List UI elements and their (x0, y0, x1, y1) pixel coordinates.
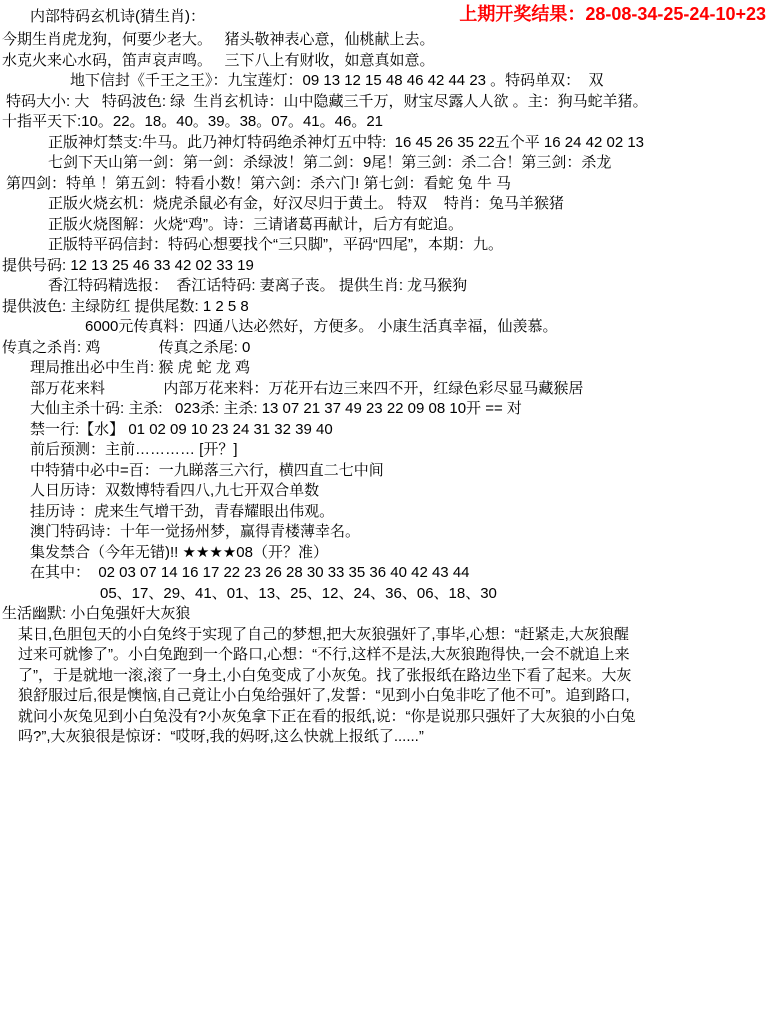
story-line: 过来可就惨了”。小白兔跑到一个路口,心想：“不行,这样不是法,大灰狼跑得快,一会… (18, 645, 761, 666)
text-line-seven-swords-1: 七剑下天山第一剑：第一剑：杀绿波！第二剑：9尾！第三剑：杀二合！第三剑：杀龙 (48, 153, 769, 174)
lottery-tip-sheet: 内部特码玄机诗(猜生肖)： 上期开奖结果：28-08-34-25-24-10+2… (0, 0, 769, 748)
story-line: 吗?”,大灰狼很是惊讶：“哎呀,我的妈呀,这么快就上报纸了......” (18, 727, 761, 748)
text-line-lamp-ban: 正版神灯禁支:牛马。此乃神灯特码绝杀神灯五中特: 16 45 26 35 22五… (48, 133, 769, 154)
text-line-fire-diagram: 正版火烧图解：火烧“鸡”。诗：三请诸葛再献计，后方有蛇追。 (48, 215, 769, 236)
text-line-numbers-offered: 提供号码: 12 13 25 46 33 42 02 33 19 (2, 256, 769, 277)
text-line-among-numbers-1: 在其中： 02 03 07 14 16 17 22 23 26 28 30 33… (30, 563, 769, 584)
text-line-bureau-zodiac: 理局推出必中生肖: 猴 虎 蛇 龙 鸡 (30, 358, 769, 379)
text-line-mid-special: 中特猜中必中=百：一九睇落三六行，横四直二七中间 (30, 461, 769, 482)
text-line-macau-poem: 澳门特码诗：十年一觉扬州梦，赢得青楼薄幸名。 (30, 522, 769, 543)
humor-title: 生活幽默: 小白兔强奸大灰狼 (2, 604, 769, 625)
text-line-envelope: 地下信封《千王之王》：九宝莲灯：09 13 12 15 48 46 42 44 … (70, 71, 769, 92)
text-line-fax-kill: 传真之杀肖: 鸡 传真之杀尾: 0 (2, 338, 769, 359)
text-line-ten-fingers: 十指平天下:10。22。18。40。39。38。07。41。46。21 (2, 112, 769, 133)
text-line-among-numbers-2: 05、17、29、41、01、13、25、12、24、36、06、18、30 (100, 584, 769, 605)
text-line-fax-material: 6000元传真料：四通八达必然好，方便多。 小康生活真幸福，仙羡慕。 (85, 317, 769, 338)
text-line-calendar-poem-1: 人日历诗：双数博特看四八,九七开双合单数 (30, 481, 769, 502)
text-line-jifa-ban: 集发禁合（今年无错)!! ★★★★08（开？准） (30, 543, 769, 564)
text-line-fire-mystery: 正版火烧玄机：烧虎杀鼠必有金，好汉尽归于黄土。 特双 特肖：兔马羊猴猪 (48, 194, 769, 215)
text-line-poem-2: 水克火来心水码，笛声哀声鸣。 三下八上有财收，如意真如意。 (2, 51, 769, 72)
text-line-daxian-kill: 大仙主杀十码: 主杀: 023杀: 主杀: 13 07 21 37 49 23 … (30, 399, 769, 420)
text-line-seven-swords-2: 第四剑：特单 ！第五剑：特看小数！第六剑：杀六门! 第七剑：看蛇 兔 牛 马 (6, 174, 769, 195)
text-line-poem-1: 今期生肖虎龙狗，何要少老大。 猪头敬神表心意，仙桃献上去。 (2, 30, 769, 51)
text-line-special-envelope: 正版特平码信封：特码心想要找个“三只脚”，平码“四尾”，本期：九。 (48, 235, 769, 256)
story-line: 某日,色胆包天的小白兔终于实现了自己的梦想,把大灰狼强奸了,事毕,心想：“赶紧走… (18, 625, 761, 646)
text-line-ban-row: 禁一行:【水】 01 02 09 10 23 24 31 32 39 40 (30, 420, 769, 441)
last-draw-numbers: 28-08-34-25-24-10+23 (585, 4, 766, 24)
text-line-wanhua: 部万花来料 内部万花来料：万花开右边三来四不开，红绿色彩尽显马藏猴居 (30, 379, 769, 400)
page-title: 内部特码玄机诗(猜生肖)： (30, 4, 205, 28)
text-line-calendar-poem-2: 挂历诗 ：虎来生气增干劲，青春耀眼出伟观。 (30, 502, 769, 523)
text-line-forecast: 前后预测：主前………… [开？] (30, 440, 769, 461)
story-line: 就问小灰兔见到小白兔没有?小灰兔拿下正在看的报纸,说：“你是说那只强奸了大灰狼的… (18, 707, 761, 728)
text-line-size-color: 特码大小: 大 特码波色: 绿 生肖玄机诗：山中隐藏三千万，财宝尽露人人欲 。主… (6, 92, 769, 113)
text-line-wave-color: 提供波色: 主绿防红 提供尾数: 1 2 5 8 (2, 297, 769, 318)
last-draw-label: 上期开奖结果： (459, 4, 585, 24)
humor-story: 某日,色胆包天的小白兔终于实现了自己的梦想,把大灰狼强奸了,事毕,心想：“赶紧走… (18, 625, 761, 748)
last-draw-result: 上期开奖结果：28-08-34-25-24-10+23 (459, 4, 766, 25)
story-line: 狼舒服过后,很是懊恼,自己竟让小白兔给强奸了,发誓：“见到小白兔非吃了他不可”。… (18, 686, 761, 707)
story-line: 了”，于是就地一滚,滚了一身土,小白兔变成了小灰兔。找了张报纸在路边坐下看了起来… (18, 666, 761, 687)
text-line-xiangjiang: 香江特码精选报： 香江话特码: 妻离子丧。 提供生肖: 龙马猴狗 (48, 276, 769, 297)
header: 内部特码玄机诗(猜生肖)： 上期开奖结果：28-08-34-25-24-10+2… (0, 4, 769, 30)
